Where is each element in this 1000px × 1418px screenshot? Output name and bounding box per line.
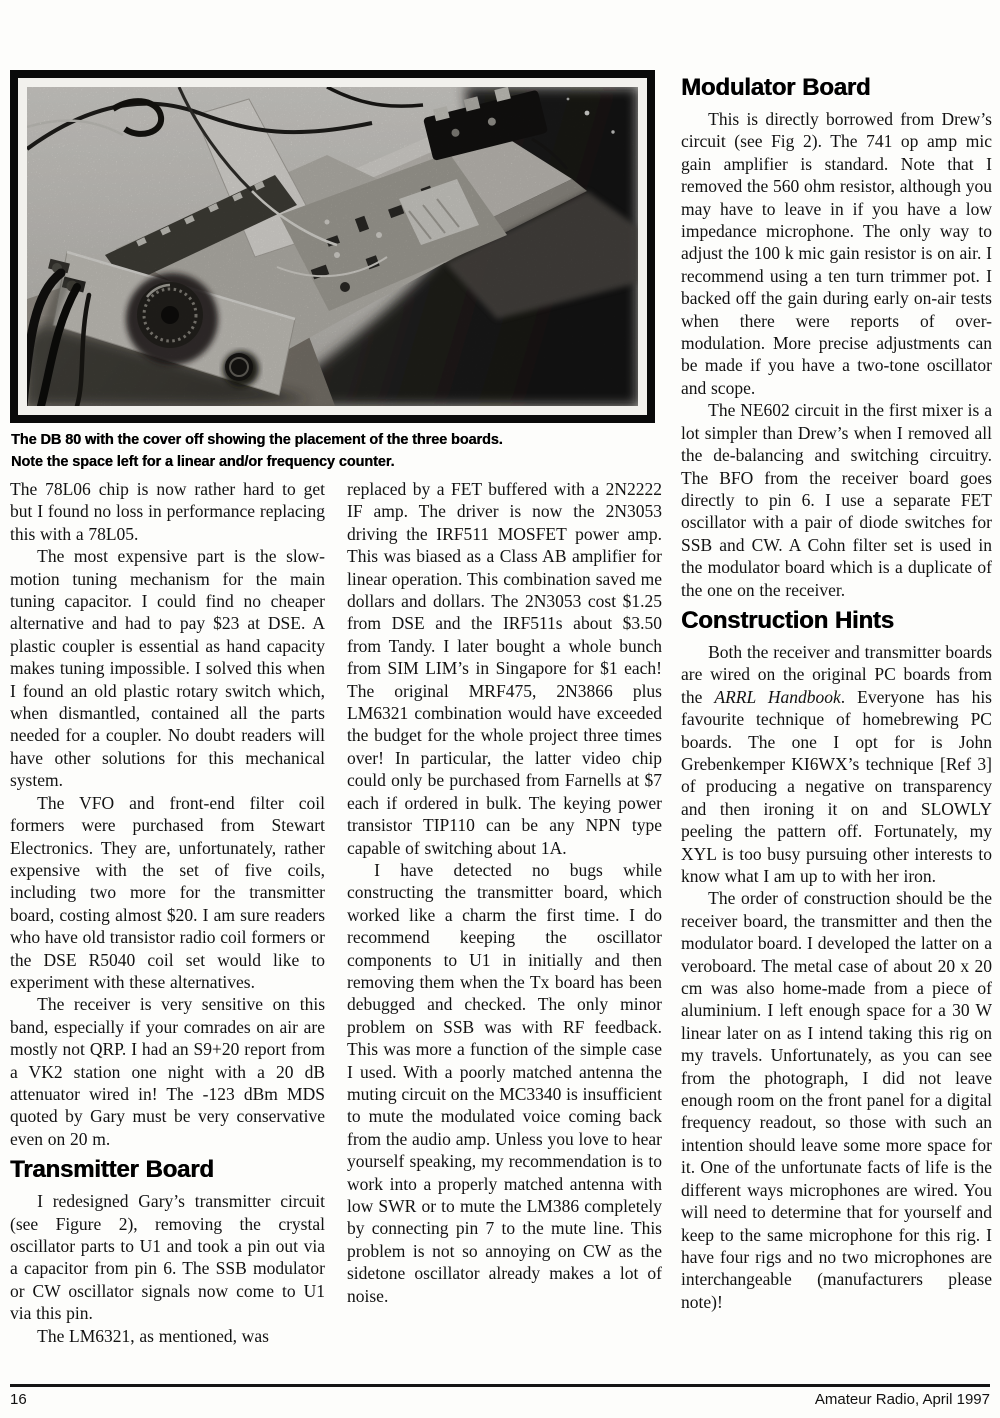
text-run: . Everyone has his favourite technique o… [681, 687, 992, 886]
paragraph: I have detected no bugs while constructi… [347, 859, 662, 1307]
paragraph: Both the receiver and transmitter boards… [681, 641, 992, 887]
italic-text: ARRL Handbook [714, 687, 840, 707]
photo-caption-line1: The DB 80 with the cover off showing the… [11, 429, 659, 451]
paragraph: The receiver is very sensitive on this b… [10, 993, 325, 1150]
paragraph: replaced by a FET buffered with a 2N2222… [347, 478, 662, 859]
paragraph: The most expensive part is the slow-moti… [10, 545, 325, 791]
section-heading: Construction Hints [681, 606, 992, 635]
photo-mat [18, 78, 647, 415]
journal-footer: Amateur Radio, April 1997 [815, 1391, 990, 1408]
paragraph: The LM6321, as mentioned, was [10, 1325, 325, 1347]
paragraph: The order of construction should be the … [681, 887, 992, 1313]
paragraph: The 78L06 chip is now rather hard to get… [10, 478, 325, 545]
page-number: 16 [10, 1391, 27, 1408]
column-middle: replaced by a FET buffered with a 2N2222… [347, 478, 662, 1307]
footer-rule [10, 1384, 990, 1387]
section-heading: Transmitter Board [10, 1155, 325, 1184]
photo-caption-line2: Note the space left for a linear and/or … [11, 451, 659, 473]
column-right: Modulator BoardThis is directly borrowed… [681, 68, 992, 1313]
column-left: The 78L06 chip is now rather hard to get… [10, 478, 325, 1347]
magazine-page: The DB 80 with the cover off showing the… [0, 0, 1000, 1418]
paragraph: I redesigned Gary’s transmitter circuit … [10, 1190, 325, 1324]
photo-illustration [27, 87, 638, 406]
article-photo [10, 70, 655, 423]
paragraph: The VFO and front-end filter coil former… [10, 792, 325, 994]
paragraph: This is directly borrowed from Drew’s ci… [681, 108, 992, 399]
photo-caption: The DB 80 with the cover off showing the… [11, 429, 659, 473]
paragraph: The NE602 circuit in the first mixer is … [681, 399, 992, 601]
section-heading: Modulator Board [681, 73, 992, 102]
